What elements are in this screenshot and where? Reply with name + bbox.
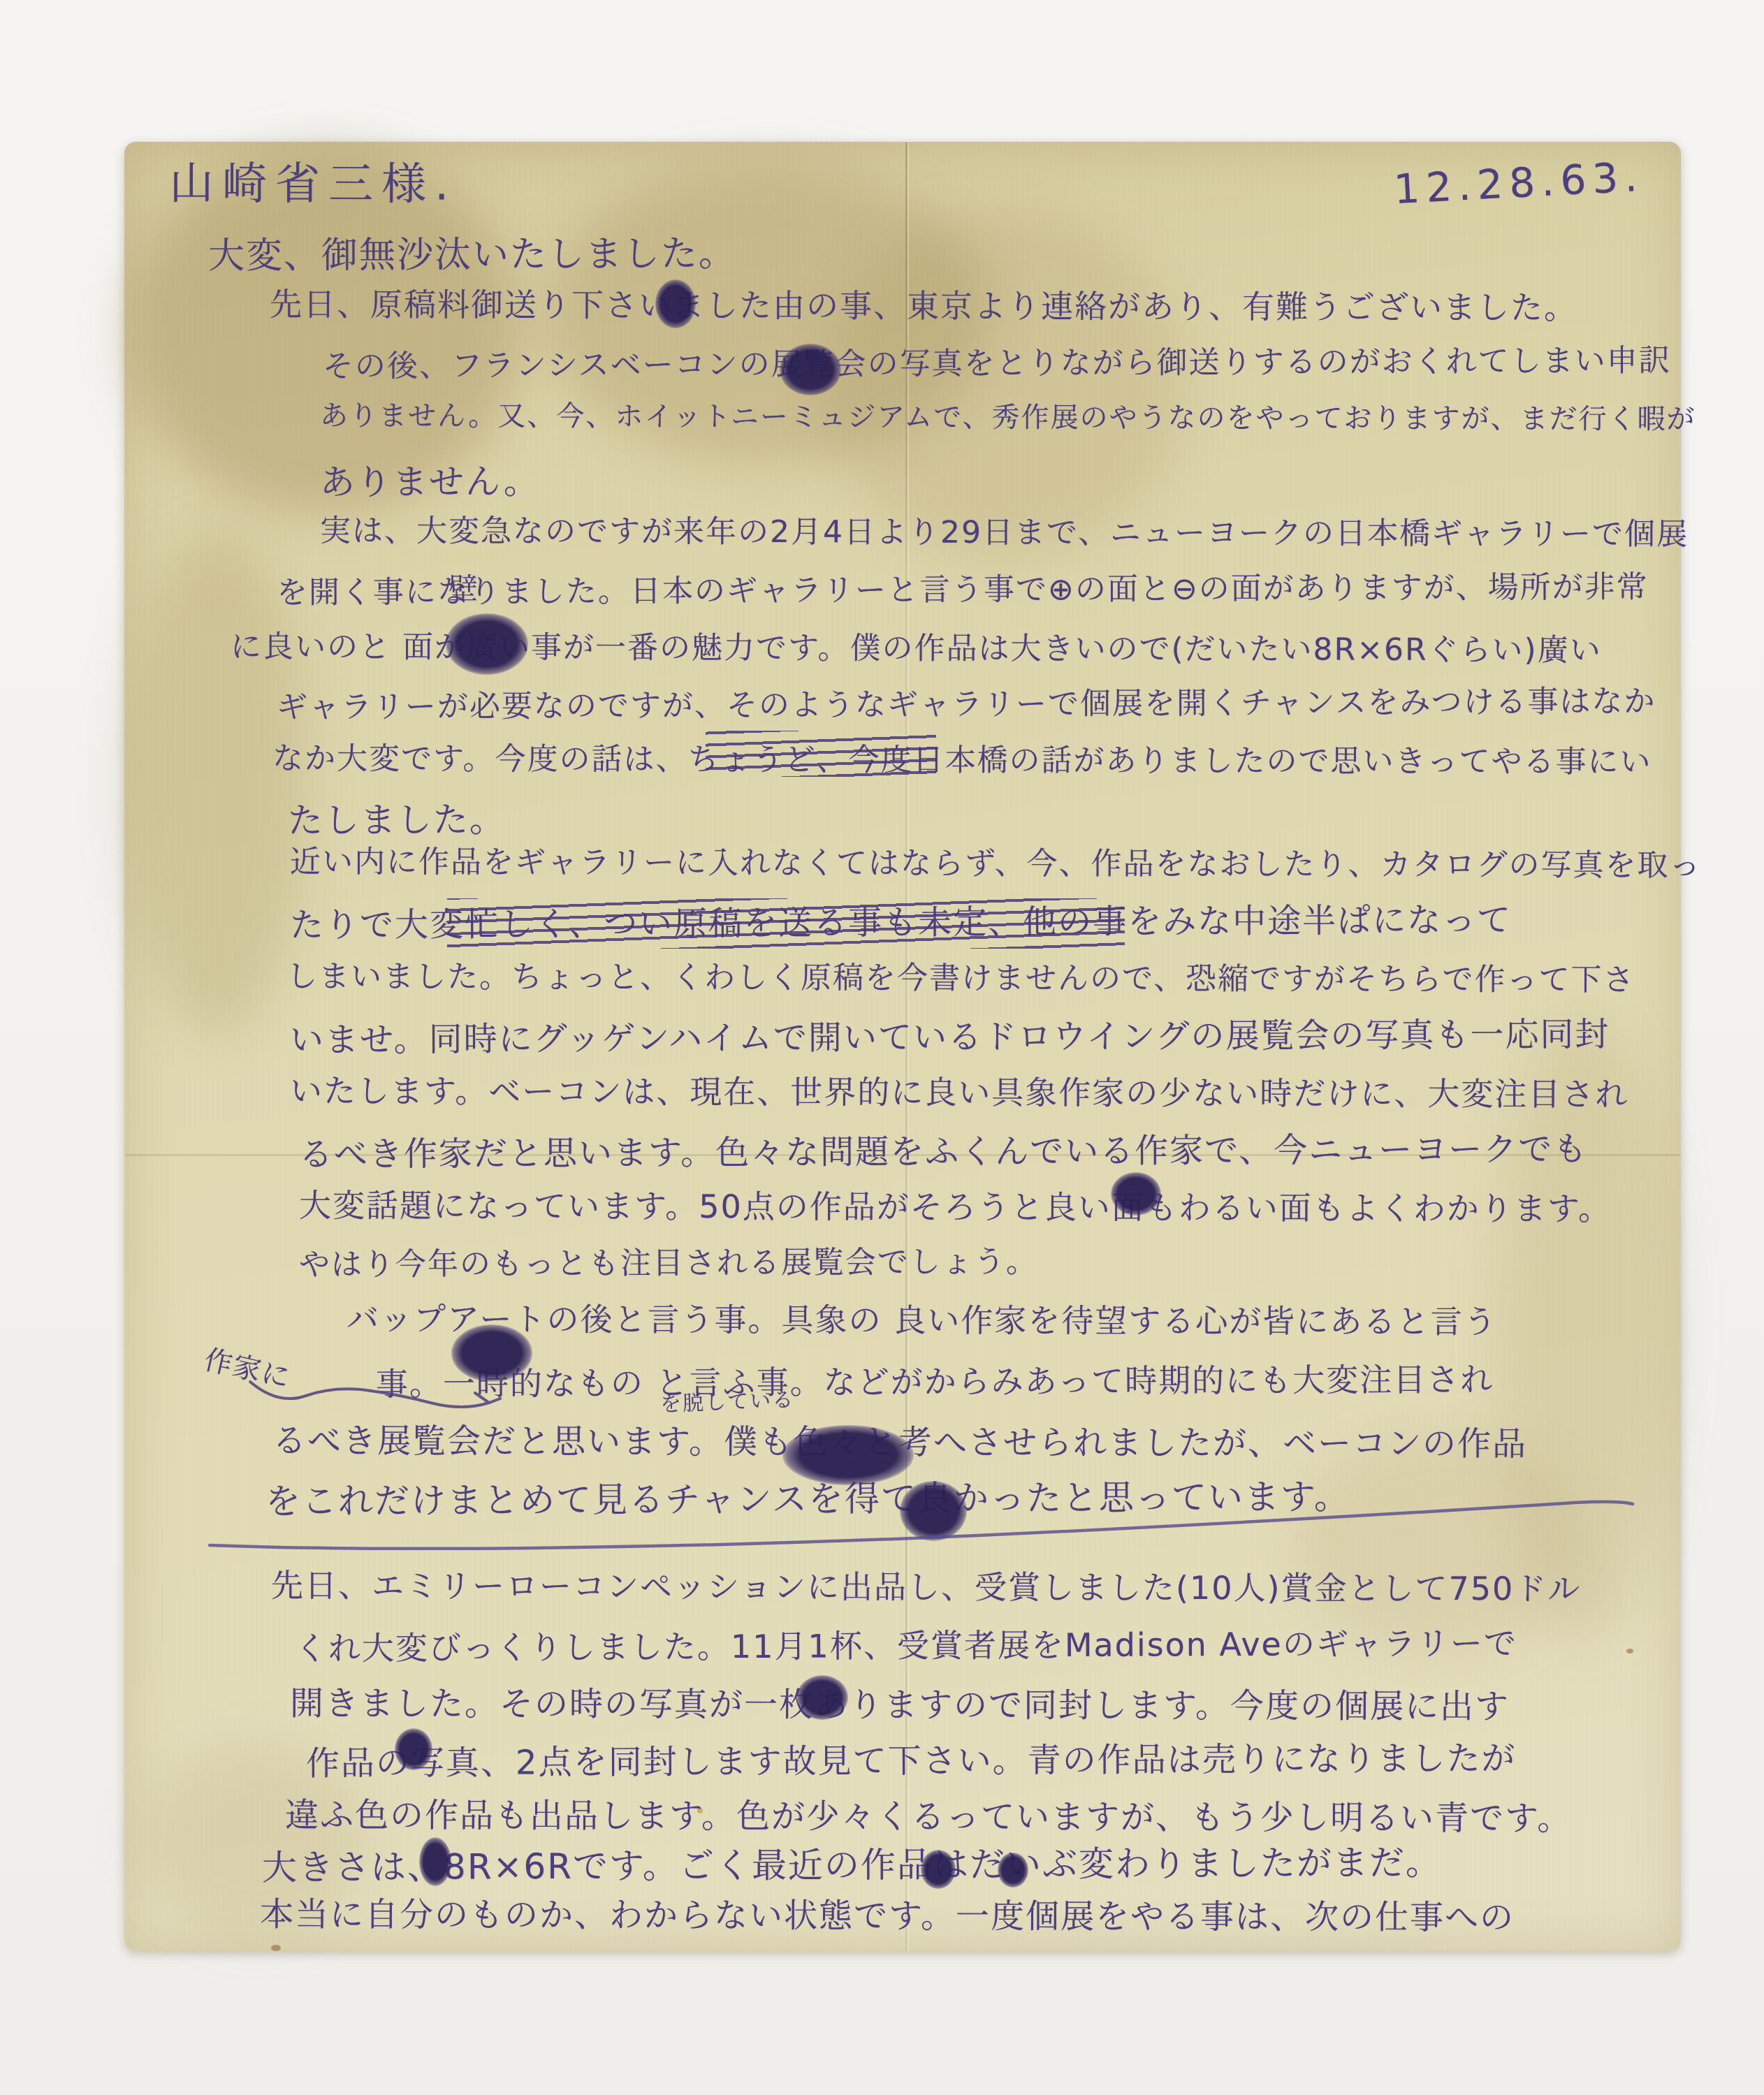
letter-line: 開きました。その時の写真が一枚ありますので同封します。今度の個展に出す xyxy=(290,1677,1510,1728)
ink-blot xyxy=(796,1675,848,1720)
strikethrough-mark xyxy=(706,731,936,777)
letter-line: なか大変です。今度の話は、ちょうど、今度日本橋の話がありましたので思いきってやる… xyxy=(272,733,1652,781)
paper-speck xyxy=(271,1945,281,1951)
letter-line: 先日、エミリーローコンペッションに出品し、受賞しました(10人)賞金として750… xyxy=(271,1561,1581,1610)
letter-line: くれ大変びっくりしました。11月1杯、受賞者展をMadison Aveのギャラリ… xyxy=(295,1618,1517,1670)
letter-line: いませ。同時にグッゲンハイムで開いているドロウイングの展覧会の写真も一応同封 xyxy=(290,1007,1610,1061)
ink-blot xyxy=(395,1728,432,1770)
ink-blot xyxy=(921,1850,956,1889)
ink-blot xyxy=(1111,1172,1161,1216)
letter-line: 先日、原稿料御送り下さいました由の事、東京より連絡があり、有難うございました。 xyxy=(270,279,1577,329)
letter-line: 作品の写真、2点を同封します故見て下さい。青の作品は売りになりましたが xyxy=(306,1731,1517,1785)
letter-line: 違ふ色の作品も出品します。色が少々くるっていますが、もう少し明るい青です。 xyxy=(285,1788,1573,1840)
letter-line: るべき作家だと思います。色々な問題をふくんでいる作家で、今ニューヨークでも xyxy=(299,1122,1589,1176)
insertion-note: 壁 xyxy=(449,566,479,608)
letter-line: を開く事になりました。日本のギャラリーと言う事で⊕の面と⊖の面がありますが、場所… xyxy=(277,562,1649,613)
ink-blot xyxy=(900,1481,967,1541)
recipient-line: 山崎省三様. xyxy=(169,147,458,212)
letter-line: 事。一時的なもの と言ふ事。などがからみあって時期的にも大変注目され xyxy=(376,1355,1494,1406)
ink-blot xyxy=(446,613,528,675)
letter-line: に良いのと 面が廣い事が一番の魅力です。僕の作品は大きいので(だいたい8R×6R… xyxy=(231,621,1602,669)
letter-line: 実は、大変急なのですが来年の2月4日より29日まで、ニューヨークの日本橋ギャラリ… xyxy=(320,505,1689,553)
letter-line: ギャラリーが必要なのですが、そのようなギャラリーで個展を開くチャンスをみつける事… xyxy=(277,676,1656,727)
letter-line: ありません。 xyxy=(320,453,540,504)
ink-blot xyxy=(655,279,696,328)
letter-line: 大変、御無沙汰いたしました。 xyxy=(208,224,736,278)
letter-line: しまいました。ちょっと、くわしく原稿を今書けませんので、恐縮ですがそちらで作って… xyxy=(286,951,1635,999)
letter-line: ありません。又、今、ホイットニーミュジアムで、秀作展のやうなのをやっておりますが… xyxy=(320,393,1696,437)
letter-line: 本当に自分のものか、わからない状態です。一度個展をやる事は、次の仕事への xyxy=(260,1888,1515,1939)
ink-blot xyxy=(780,344,841,395)
ink-blot xyxy=(998,1853,1028,1888)
scanned-letter-page: 12.28.63. 山崎省三様. 大変、御無沙汰いたしました。 先日、原稿料御送… xyxy=(0,0,1764,2095)
paper-speck xyxy=(1626,1649,1633,1654)
ink-blot xyxy=(419,1837,451,1886)
letter-line: やはり今年のもっとも注目される展覧会でしょう。 xyxy=(299,1236,1038,1285)
letter-line: いたします。ベーコンは、現在、世界的に良い具象作家の少ない時だけに、大変注目され xyxy=(290,1065,1628,1115)
letter-line: 近い内に作品をギャラリーに入れなくてはならず、今、作品をなおしたり、カタログの写… xyxy=(290,836,1702,884)
strikethrough-mark xyxy=(447,898,1125,949)
letter-line: たしました。 xyxy=(288,791,506,842)
letter-line: 大変話題になっています。50点の作品がそろうと良い面もわるい面もよくわかります。 xyxy=(299,1181,1612,1230)
ink-blot xyxy=(782,1425,914,1485)
ink-blot xyxy=(451,1324,532,1382)
letter-line: その後、フランシスベーコンの展覧会の写真をとりながら御送りするのがおくれてしまい… xyxy=(323,335,1671,386)
insertion-note: を脱している xyxy=(659,1382,794,1418)
